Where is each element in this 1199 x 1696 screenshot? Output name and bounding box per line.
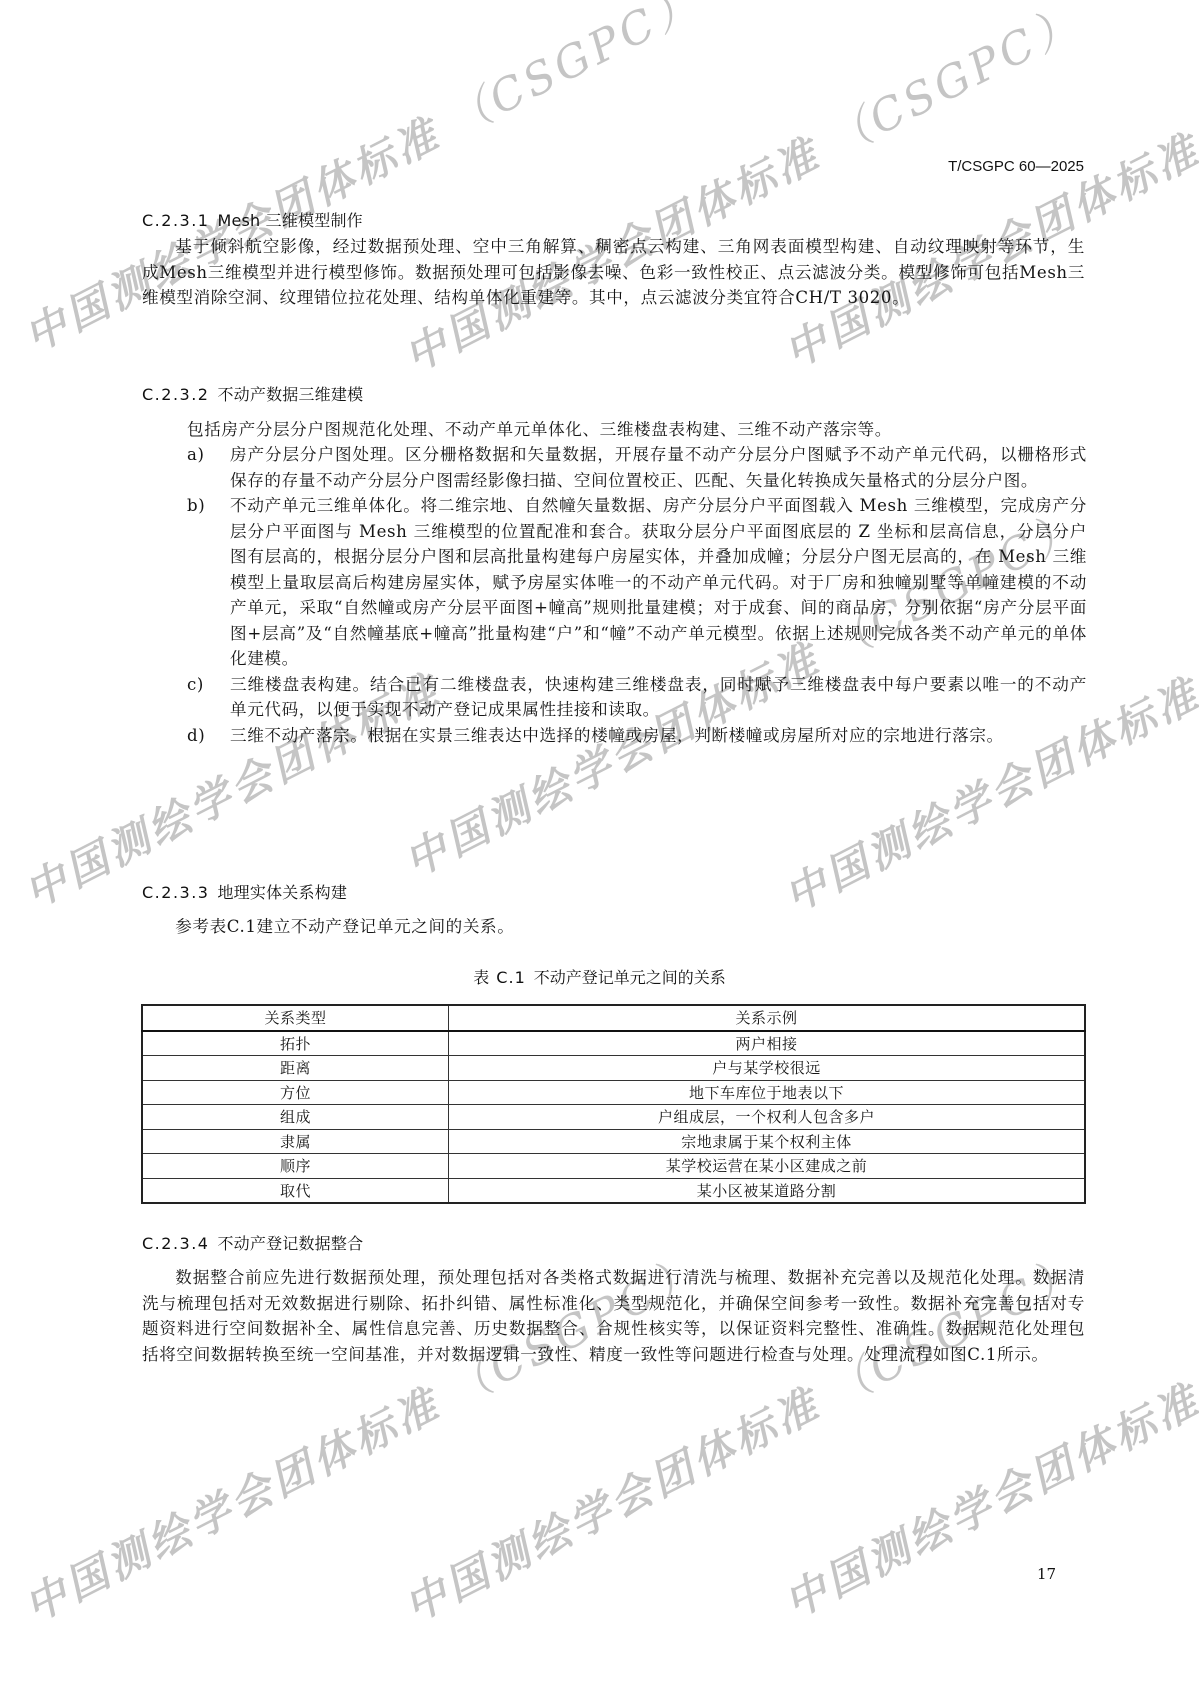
list-item: a)房产分层分户图处理。区分栅格数据和矢量数据，开展存量不动产分层分户图赋予不动… <box>187 442 1087 493</box>
cell-type: 顺序 <box>142 1154 449 1179</box>
list-item: c)三维楼盘表构建。结合已有二维楼盘表，快速构建三维楼盘表，同时赋予三维楼盘表中… <box>187 672 1087 723</box>
section-number: C.2.3.4 <box>142 1234 209 1253</box>
document-page: 中国测绘学会团体标准（CSGPC） 中国测绘学会团体标准（CSGPC） 中国测绘… <box>0 0 1199 1696</box>
cell-type: 拓扑 <box>142 1031 449 1056</box>
list-item-text: 三维楼盘表构建。结合已有二维楼盘表，快速构建三维楼盘表，同时赋予三维楼盘表中每户… <box>230 675 1087 720</box>
table-row: 距离户与某学校很远 <box>142 1056 1085 1081</box>
cell-example: 两户相接 <box>449 1031 1086 1056</box>
table-row: 顺序某学校运营在某小区建成之前 <box>142 1154 1085 1179</box>
list-item-text: 房产分层分户图处理。区分栅格数据和矢量数据，开展存量不动产分层分户图赋予不动产单… <box>230 445 1087 490</box>
section-intro: 包括房产分层分户图规范化处理、不动产单元单体化、三维楼盘表构建、三维不动产落宗等… <box>187 417 1087 443</box>
section-paragraph: 数据整合前应先进行数据预处理，预处理包括对各类格式数据进行清洗与梳理、数据补充完… <box>142 1265 1085 1367</box>
cell-example: 地下车库位于地表以下 <box>449 1080 1086 1105</box>
list-item-text: 不动产单元三维单体化。将二维宗地、自然幢矢量数据、房产分层分户平面图载入 Mes… <box>230 496 1087 668</box>
table-header-row: 关系类型 关系示例 <box>142 1005 1085 1031</box>
section-heading-c233: C.2.3.3地理实体关系构建 <box>142 880 347 903</box>
section-number: C.2.3.1 <box>142 211 209 230</box>
section-heading-c232: C.2.3.2不动产数据三维建模 <box>142 382 363 405</box>
cell-type: 方位 <box>142 1080 449 1105</box>
cell-example: 某小区被某道路分割 <box>449 1178 1086 1203</box>
relationship-table: 关系类型 关系示例 拓扑两户相接 距离户与某学校很远 方位地下车库位于地表以下 … <box>141 1004 1086 1204</box>
section-heading-c234: C.2.3.4不动产登记数据整合 <box>142 1231 363 1254</box>
table-number: 表 C.1 <box>473 968 526 987</box>
list-item: b)不动产单元三维单体化。将二维宗地、自然幢矢量数据、房产分层分户平面图载入 M… <box>187 493 1087 672</box>
list-marker: a) <box>187 442 205 468</box>
table-row: 拓扑两户相接 <box>142 1031 1085 1056</box>
section-title: 不动产登记数据整合 <box>217 1234 363 1253</box>
table-row: 隶属宗地隶属于某个权利主体 <box>142 1129 1085 1154</box>
section-number: C.2.3.2 <box>142 385 209 404</box>
list-item-text: 三维不动产落宗。根据在实景三维表达中选择的楼幢或房屋，判断楼幢或房屋所对应的宗地… <box>230 726 1004 745</box>
table-row: 方位地下车库位于地表以下 <box>142 1080 1085 1105</box>
table-caption: 表 C.1不动产登记单元之间的关系 <box>0 965 1199 988</box>
page-number: 17 <box>1037 1565 1056 1583</box>
list-marker: d) <box>187 723 205 749</box>
cell-example: 宗地隶属于某个权利主体 <box>449 1129 1086 1154</box>
section-title: Mesh 三维模型制作 <box>217 211 362 230</box>
table-title: 不动产登记单元之间的关系 <box>534 968 726 987</box>
watermark: 中国测绘学会团体标准（CSGPC） <box>391 0 1090 384</box>
section-title: 地理实体关系构建 <box>217 883 347 902</box>
watermark: 中国测绘学会团体标准 <box>773 1368 1199 1630</box>
list-marker: b) <box>187 493 205 519</box>
cell-type: 组成 <box>142 1105 449 1130</box>
cell-type: 距离 <box>142 1056 449 1081</box>
standard-code: T/CSGPC 60—2025 <box>948 158 1084 175</box>
cell-type: 隶属 <box>142 1129 449 1154</box>
cell-example: 户与某学校很远 <box>449 1056 1086 1081</box>
table-row: 组成户组成层，一个权利人包含多户 <box>142 1105 1085 1130</box>
section-title: 不动产数据三维建模 <box>217 385 363 404</box>
cell-type: 取代 <box>142 1178 449 1203</box>
column-header-example: 关系示例 <box>449 1005 1086 1031</box>
cell-example: 户组成层，一个权利人包含多户 <box>449 1105 1086 1130</box>
table-row: 取代某小区被某道路分割 <box>142 1178 1085 1203</box>
list-marker: c) <box>187 672 204 698</box>
section-number: C.2.3.3 <box>142 883 209 902</box>
list-item: d)三维不动产落宗。根据在实景三维表达中选择的楼幢或房屋，判断楼幢或房屋所对应的… <box>187 723 1087 749</box>
section-paragraph: 参考表C.1建立不动产登记单元之间的关系。 <box>142 914 1085 940</box>
section-heading-c231: C.2.3.1Mesh 三维模型制作 <box>142 208 363 231</box>
column-header-type: 关系类型 <box>142 1005 449 1031</box>
section-paragraph: 基于倾斜航空影像，经过数据预处理、空中三角解算、稠密点云构建、三角网表面模型构建… <box>142 234 1085 311</box>
cell-example: 某学校运营在某小区建成之前 <box>449 1154 1086 1179</box>
item-list: a)房产分层分户图处理。区分栅格数据和矢量数据，开展存量不动产分层分户图赋予不动… <box>187 442 1087 748</box>
